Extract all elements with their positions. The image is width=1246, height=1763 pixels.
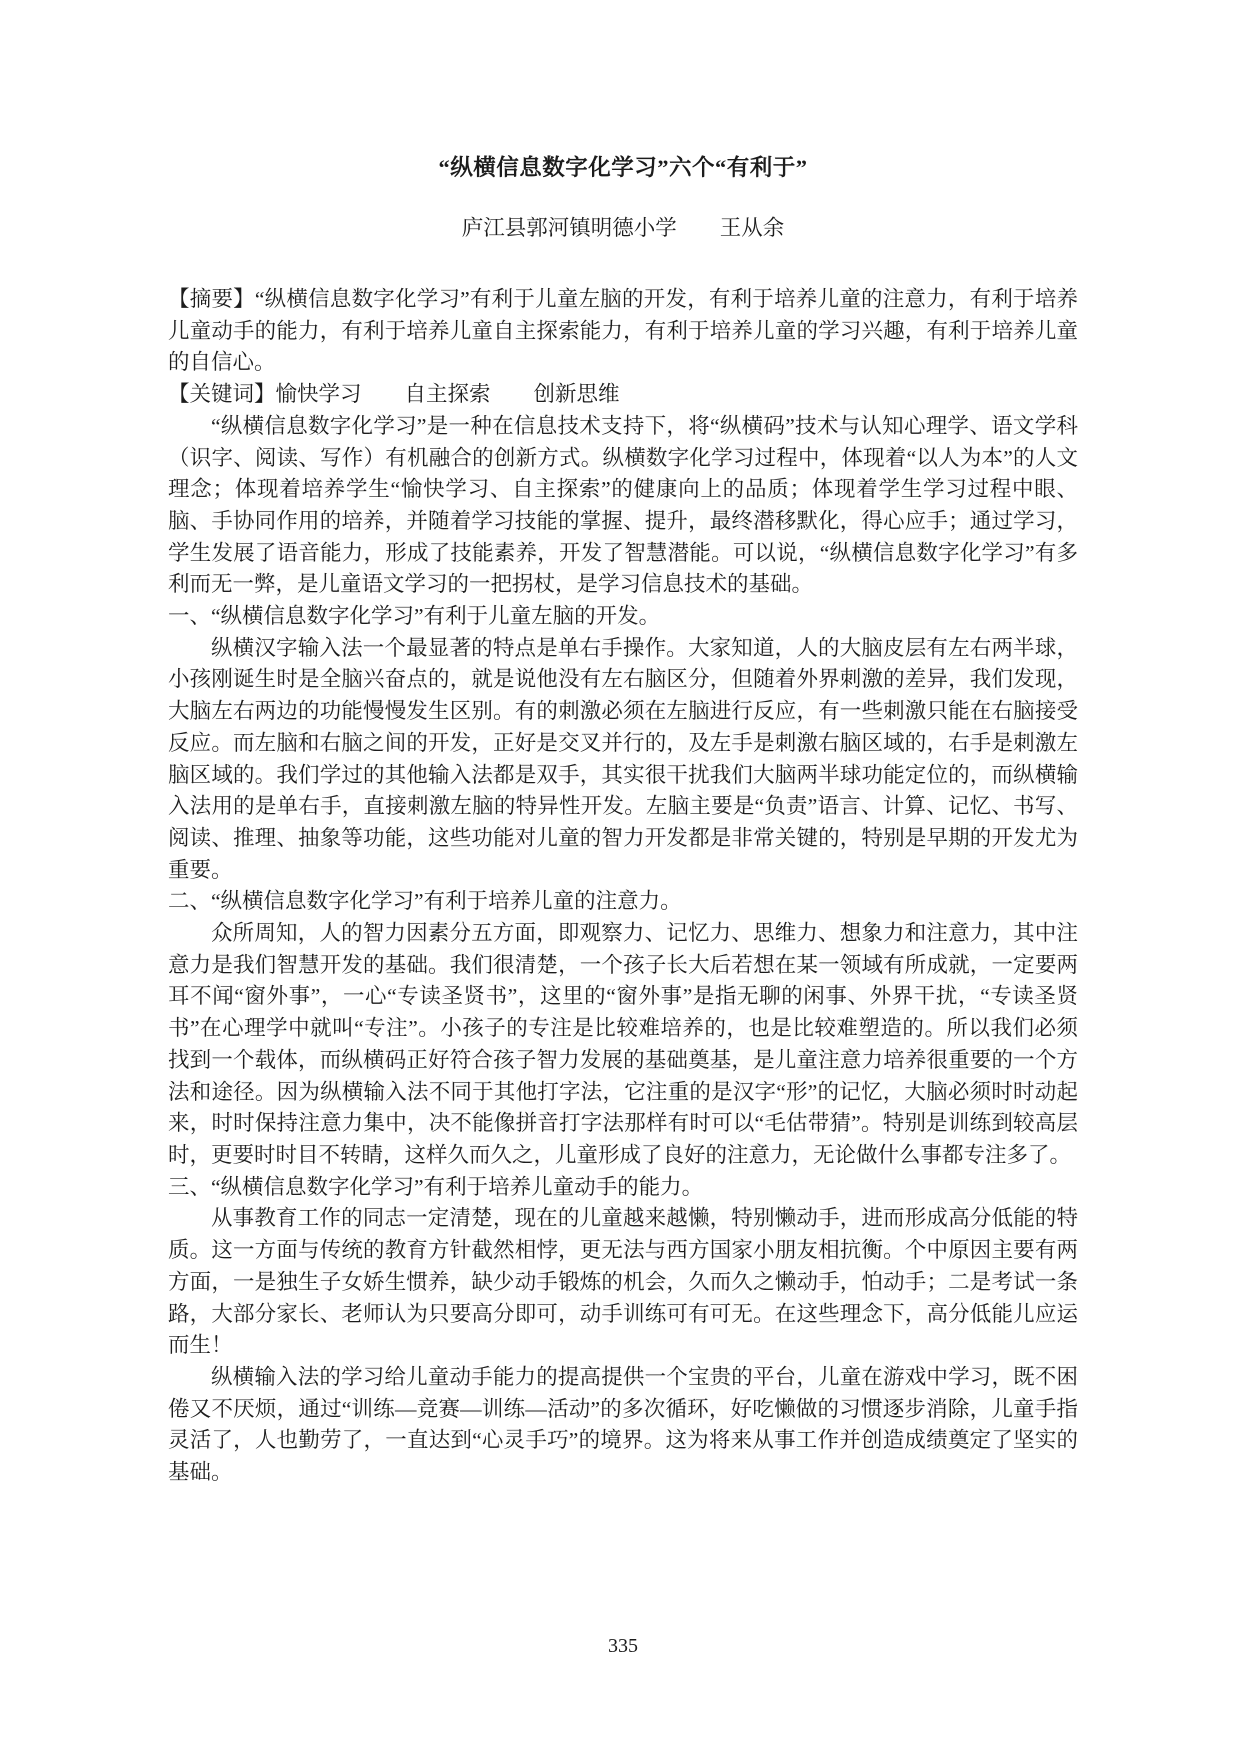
section-3-heading: 三、“纵横信息数字化学习”有利于培养儿童动手的能力。 [168, 1172, 1078, 1204]
page-number: 335 [0, 1632, 1246, 1660]
section-3-paragraph-2: 纵横输入法的学习给儿童动手能力的提高提供一个宝贵的平台，儿童在游戏中学习，既不困… [168, 1362, 1078, 1489]
keywords-paragraph: 【关键词】愉快学习 自主探索 创新思维 [168, 379, 1078, 411]
section-2-heading: 二、“纵横信息数字化学习”有利于培养儿童的注意力。 [168, 886, 1078, 918]
document-title: “纵横信息数字化学习”六个“有利于” [168, 152, 1078, 184]
author-line: 庐江县郭河镇明德小学 王从余 [168, 212, 1078, 244]
section-1-paragraph: 纵横汉字输入法一个最显著的特点是单右手操作。大家知道，人的大脑皮层有左右两半球，… [168, 633, 1078, 887]
section-1-heading: 一、“纵横信息数字化学习”有利于儿童左脑的开发。 [168, 601, 1078, 633]
document-content: “纵横信息数字化学习”六个“有利于” 庐江县郭河镇明德小学 王从余 【摘要】“纵… [0, 0, 1246, 1489]
abstract-label: 【摘要】 [168, 287, 255, 311]
keywords-text: 愉快学习 自主探索 创新思维 [276, 382, 620, 406]
document-body: 【摘要】“纵横信息数字化学习”有利于儿童左脑的开发，有利于培养儿童的注意力，有利… [168, 284, 1078, 1489]
section-3-paragraph-1: 从事教育工作的同志一定清楚，现在的儿童越来越懒，特别懒动手，进而形成高分低能的特… [168, 1203, 1078, 1362]
keywords-label: 【关键词】 [168, 382, 276, 406]
abstract-text: “纵横信息数字化学习”有利于儿童左脑的开发，有利于培养儿童的注意力，有利于培养儿… [168, 287, 1078, 374]
intro-paragraph: “纵横信息数字化学习”是一种在信息技术支持下，将“纵横码”技术与认知心理学、语文… [168, 411, 1078, 601]
section-2-paragraph: 众所周知，人的智力因素分五方面，即观察力、记忆力、思维力、想象力和注意力，其中注… [168, 918, 1078, 1172]
document-page: “纵横信息数字化学习”六个“有利于” 庐江县郭河镇明德小学 王从余 【摘要】“纵… [0, 0, 1246, 1763]
abstract-paragraph: 【摘要】“纵横信息数字化学习”有利于儿童左脑的开发，有利于培养儿童的注意力，有利… [168, 284, 1078, 379]
